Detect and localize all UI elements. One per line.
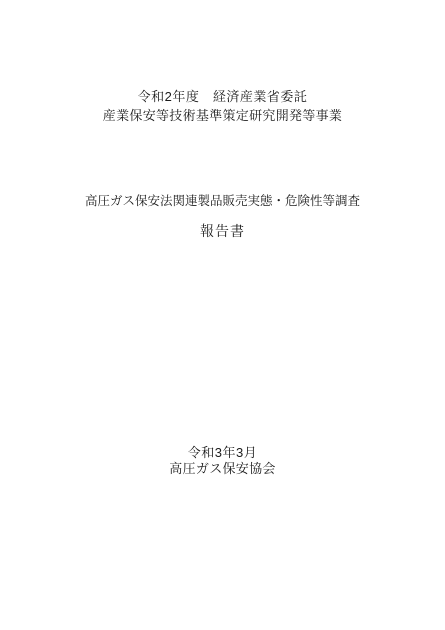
report-subtitle: 報告書 [0,221,445,241]
report-cover-page: 令和2年度 経済産業省委託 産業保安等技術基準策定研究開発等事業 高圧ガス保安法… [0,0,445,630]
report-title: 高圧ガス保安法関連製品販売実態・危険性等調査 [0,191,445,209]
program-line: 産業保安等技術基準策定研究開発等事業 [0,105,445,124]
publisher-name: 高圧ガス保安協会 [0,458,445,477]
commission-line: 令和2年度 経済産業省委託 [0,86,445,105]
